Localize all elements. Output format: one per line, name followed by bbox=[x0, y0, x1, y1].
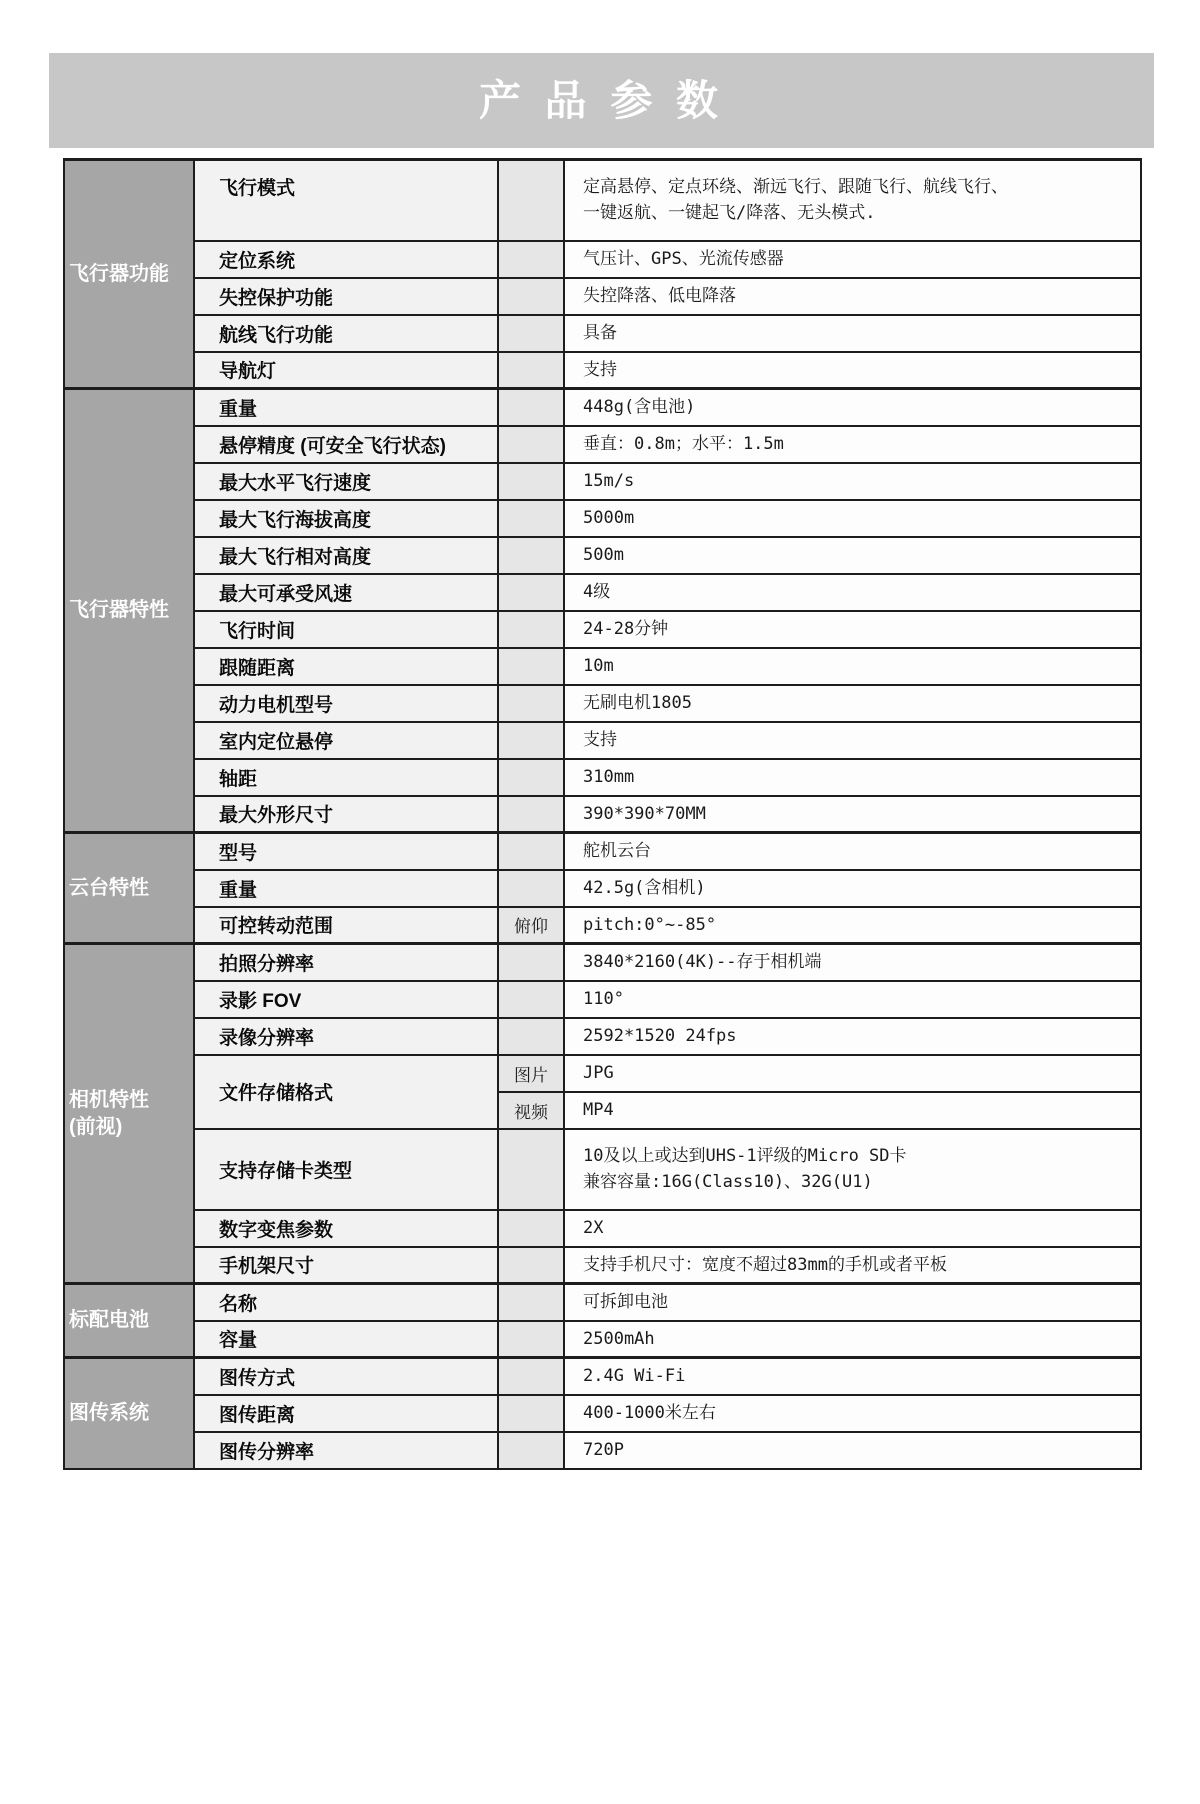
sub-label-cell bbox=[498, 1247, 564, 1284]
spec-name-cell: 图传方式 bbox=[194, 1358, 498, 1395]
spec-name-cell: 重量 bbox=[194, 389, 498, 426]
table-row: 定位系统气压计、GPS、光流传感器 bbox=[64, 241, 1141, 278]
spec-name-cell: 飞行时间 bbox=[194, 611, 498, 648]
sub-label-cell bbox=[498, 1321, 564, 1358]
spec-name-cell: 容量 bbox=[194, 1321, 498, 1358]
sub-label-cell bbox=[498, 759, 564, 796]
spec-value-cell: 可拆卸电池 bbox=[564, 1284, 1141, 1321]
table-row: 最大外形尺寸390*390*70MM bbox=[64, 796, 1141, 833]
spec-value-cell: 3840*2160(4K)--存于相机端 bbox=[564, 944, 1141, 981]
spec-name-cell: 最大水平飞行速度 bbox=[194, 463, 498, 500]
spec-value-cell: 448g(含电池) bbox=[564, 389, 1141, 426]
spec-name-cell: 飞行模式 bbox=[194, 160, 498, 241]
table-row: 图传系统图传方式2.4G Wi-Fi bbox=[64, 1358, 1141, 1395]
table-row: 容量2500mAh bbox=[64, 1321, 1141, 1358]
category-cell: 相机特性 (前视) bbox=[64, 944, 194, 1284]
sub-label-cell bbox=[498, 1358, 564, 1395]
spec-value-cell: 400-1000米左右 bbox=[564, 1395, 1141, 1432]
spec-value-cell: 500m bbox=[564, 537, 1141, 574]
spec-value-cell: MP4 bbox=[564, 1092, 1141, 1129]
table-row: 文件存储格式图片JPG bbox=[64, 1055, 1141, 1092]
spec-name-cell: 最大飞行相对高度 bbox=[194, 537, 498, 574]
sub-label-cell: 俯仰 bbox=[498, 907, 564, 944]
page-title: 产 品 参 数 bbox=[49, 53, 1154, 148]
spec-name-cell: 导航灯 bbox=[194, 352, 498, 389]
sub-label-cell bbox=[498, 389, 564, 426]
sub-label-cell bbox=[498, 315, 564, 352]
spec-name-cell: 文件存储格式 bbox=[194, 1055, 498, 1129]
spec-name-cell: 型号 bbox=[194, 833, 498, 870]
spec-value-cell: 气压计、GPS、光流传感器 bbox=[564, 241, 1141, 278]
spec-name-cell: 失控保护功能 bbox=[194, 278, 498, 315]
category-cell: 图传系统 bbox=[64, 1358, 194, 1469]
sub-label-cell bbox=[498, 1395, 564, 1432]
table-row: 悬停精度 (可安全飞行状态)垂直：0.8m；水平：1.5m bbox=[64, 426, 1141, 463]
spec-value-cell: 2.4G Wi-Fi bbox=[564, 1358, 1141, 1395]
sub-label-cell bbox=[498, 352, 564, 389]
spec-value-cell: 110° bbox=[564, 981, 1141, 1018]
spec-value-cell: 支持手机尺寸：宽度不超过83mm的手机或者平板 bbox=[564, 1247, 1141, 1284]
spec-value-cell: 2500mAh bbox=[564, 1321, 1141, 1358]
sub-label-cell bbox=[498, 500, 564, 537]
spec-value-cell: 2592*1520 24fps bbox=[564, 1018, 1141, 1055]
sub-label-cell bbox=[498, 160, 564, 241]
spec-value-cell: 具备 bbox=[564, 315, 1141, 352]
sub-label-cell bbox=[498, 278, 564, 315]
spec-name-cell: 最大飞行海拔高度 bbox=[194, 500, 498, 537]
table-row: 重量42.5g(含相机) bbox=[64, 870, 1141, 907]
sub-label-cell bbox=[498, 1018, 564, 1055]
table-row: 室内定位悬停支持 bbox=[64, 722, 1141, 759]
spec-name-cell: 拍照分辨率 bbox=[194, 944, 498, 981]
spec-value-cell: 42.5g(含相机) bbox=[564, 870, 1141, 907]
sub-label-cell bbox=[498, 981, 564, 1018]
table-row: 航线飞行功能具备 bbox=[64, 315, 1141, 352]
spec-name-cell: 手机架尺寸 bbox=[194, 1247, 498, 1284]
spec-name-cell: 重量 bbox=[194, 870, 498, 907]
spec-table-body: 飞行器功能飞行模式定高悬停、定点环绕、渐远飞行、跟随飞行、航线飞行、 一键返航、… bbox=[64, 160, 1141, 1469]
table-row: 图传分辨率720P bbox=[64, 1432, 1141, 1469]
sub-label-cell bbox=[498, 685, 564, 722]
spec-value-cell: 4级 bbox=[564, 574, 1141, 611]
page-header-banner: 产 品 参 数 bbox=[49, 53, 1154, 148]
sub-label-cell bbox=[498, 574, 564, 611]
table-row: 最大飞行相对高度500m bbox=[64, 537, 1141, 574]
spec-name-cell: 轴距 bbox=[194, 759, 498, 796]
spec-name-cell: 悬停精度 (可安全飞行状态) bbox=[194, 426, 498, 463]
category-cell: 云台特性 bbox=[64, 833, 194, 944]
table-row: 最大可承受风速4级 bbox=[64, 574, 1141, 611]
table-row: 数字变焦参数2X bbox=[64, 1210, 1141, 1247]
spec-value-cell: 无刷电机1805 bbox=[564, 685, 1141, 722]
table-row: 飞行器功能飞行模式定高悬停、定点环绕、渐远飞行、跟随飞行、航线飞行、 一键返航、… bbox=[64, 160, 1141, 241]
spec-name-cell: 录像分辨率 bbox=[194, 1018, 498, 1055]
spec-value-cell: 10及以上或达到UHS-1评级的Micro SD卡 兼容容量:16G(Class… bbox=[564, 1129, 1141, 1210]
spec-value-cell: 支持 bbox=[564, 722, 1141, 759]
spec-name-cell: 录影 FOV bbox=[194, 981, 498, 1018]
spec-value-cell: 定高悬停、定点环绕、渐远飞行、跟随飞行、航线飞行、 一键返航、一键起飞/降落、无… bbox=[564, 160, 1141, 241]
category-cell: 飞行器功能 bbox=[64, 160, 194, 389]
table-row: 云台特性型号舵机云台 bbox=[64, 833, 1141, 870]
sub-label-cell bbox=[498, 1284, 564, 1321]
spec-name-cell: 跟随距离 bbox=[194, 648, 498, 685]
spec-name-cell: 名称 bbox=[194, 1284, 498, 1321]
table-row: 导航灯支持 bbox=[64, 352, 1141, 389]
sub-label-cell bbox=[498, 722, 564, 759]
product-spec-table: 飞行器功能飞行模式定高悬停、定点环绕、渐远飞行、跟随飞行、航线飞行、 一键返航、… bbox=[63, 158, 1142, 1470]
spec-name-cell: 最大外形尺寸 bbox=[194, 796, 498, 833]
spec-name-cell: 支持存储卡类型 bbox=[194, 1129, 498, 1210]
table-row: 跟随距离10m bbox=[64, 648, 1141, 685]
sub-label-cell bbox=[498, 537, 564, 574]
table-row: 飞行时间24-28分钟 bbox=[64, 611, 1141, 648]
table-row: 飞行器特性重量448g(含电池) bbox=[64, 389, 1141, 426]
table-row: 轴距310mm bbox=[64, 759, 1141, 796]
sub-label-cell bbox=[498, 1129, 564, 1210]
table-row: 录影 FOV110° bbox=[64, 981, 1141, 1018]
table-row: 最大飞行海拔高度5000m bbox=[64, 500, 1141, 537]
category-cell: 飞行器特性 bbox=[64, 389, 194, 833]
spec-value-cell: 2X bbox=[564, 1210, 1141, 1247]
spec-name-cell: 定位系统 bbox=[194, 241, 498, 278]
table-row: 失控保护功能失控降落、低电降落 bbox=[64, 278, 1141, 315]
table-row: 可控转动范围俯仰pitch:0°~-85° bbox=[64, 907, 1141, 944]
spec-name-cell: 图传距离 bbox=[194, 1395, 498, 1432]
sub-label-cell bbox=[498, 463, 564, 500]
table-row: 支持存储卡类型10及以上或达到UHS-1评级的Micro SD卡 兼容容量:16… bbox=[64, 1129, 1141, 1210]
sub-label-cell bbox=[498, 833, 564, 870]
table-row: 图传距离400-1000米左右 bbox=[64, 1395, 1141, 1432]
spec-value-cell: 390*390*70MM bbox=[564, 796, 1141, 833]
spec-name-cell: 动力电机型号 bbox=[194, 685, 498, 722]
table-row: 标配电池名称可拆卸电池 bbox=[64, 1284, 1141, 1321]
sub-label-cell bbox=[498, 944, 564, 981]
sub-label-cell bbox=[498, 648, 564, 685]
spec-name-cell: 数字变焦参数 bbox=[194, 1210, 498, 1247]
sub-label-cell bbox=[498, 611, 564, 648]
table-row: 手机架尺寸支持手机尺寸：宽度不超过83mm的手机或者平板 bbox=[64, 1247, 1141, 1284]
spec-value-cell: 5000m bbox=[564, 500, 1141, 537]
table-row: 最大水平飞行速度15m/s bbox=[64, 463, 1141, 500]
sub-label-cell bbox=[498, 870, 564, 907]
spec-value-cell: 垂直：0.8m；水平：1.5m bbox=[564, 426, 1141, 463]
spec-name-cell: 最大可承受风速 bbox=[194, 574, 498, 611]
table-row: 相机特性 (前视)拍照分辨率3840*2160(4K)--存于相机端 bbox=[64, 944, 1141, 981]
sub-label-cell bbox=[498, 1432, 564, 1469]
spec-value-cell: 支持 bbox=[564, 352, 1141, 389]
spec-value-cell: 310mm bbox=[564, 759, 1141, 796]
spec-value-cell: 10m bbox=[564, 648, 1141, 685]
spec-value-cell: 失控降落、低电降落 bbox=[564, 278, 1141, 315]
table-row: 动力电机型号无刷电机1805 bbox=[64, 685, 1141, 722]
spec-value-cell: 15m/s bbox=[564, 463, 1141, 500]
sub-label-cell bbox=[498, 796, 564, 833]
sub-label-cell bbox=[498, 426, 564, 463]
spec-value-cell: 24-28分钟 bbox=[564, 611, 1141, 648]
spec-name-cell: 室内定位悬停 bbox=[194, 722, 498, 759]
spec-name-cell: 可控转动范围 bbox=[194, 907, 498, 944]
spec-value-cell: JPG bbox=[564, 1055, 1141, 1092]
spec-name-cell: 航线飞行功能 bbox=[194, 315, 498, 352]
sub-label-cell bbox=[498, 1210, 564, 1247]
spec-value-cell: pitch:0°~-85° bbox=[564, 907, 1141, 944]
spec-value-cell: 舵机云台 bbox=[564, 833, 1141, 870]
category-cell: 标配电池 bbox=[64, 1284, 194, 1358]
spec-value-cell: 720P bbox=[564, 1432, 1141, 1469]
sub-label-cell: 图片 bbox=[498, 1055, 564, 1092]
sub-label-cell: 视频 bbox=[498, 1092, 564, 1129]
spec-name-cell: 图传分辨率 bbox=[194, 1432, 498, 1469]
sub-label-cell bbox=[498, 241, 564, 278]
table-row: 录像分辨率2592*1520 24fps bbox=[64, 1018, 1141, 1055]
